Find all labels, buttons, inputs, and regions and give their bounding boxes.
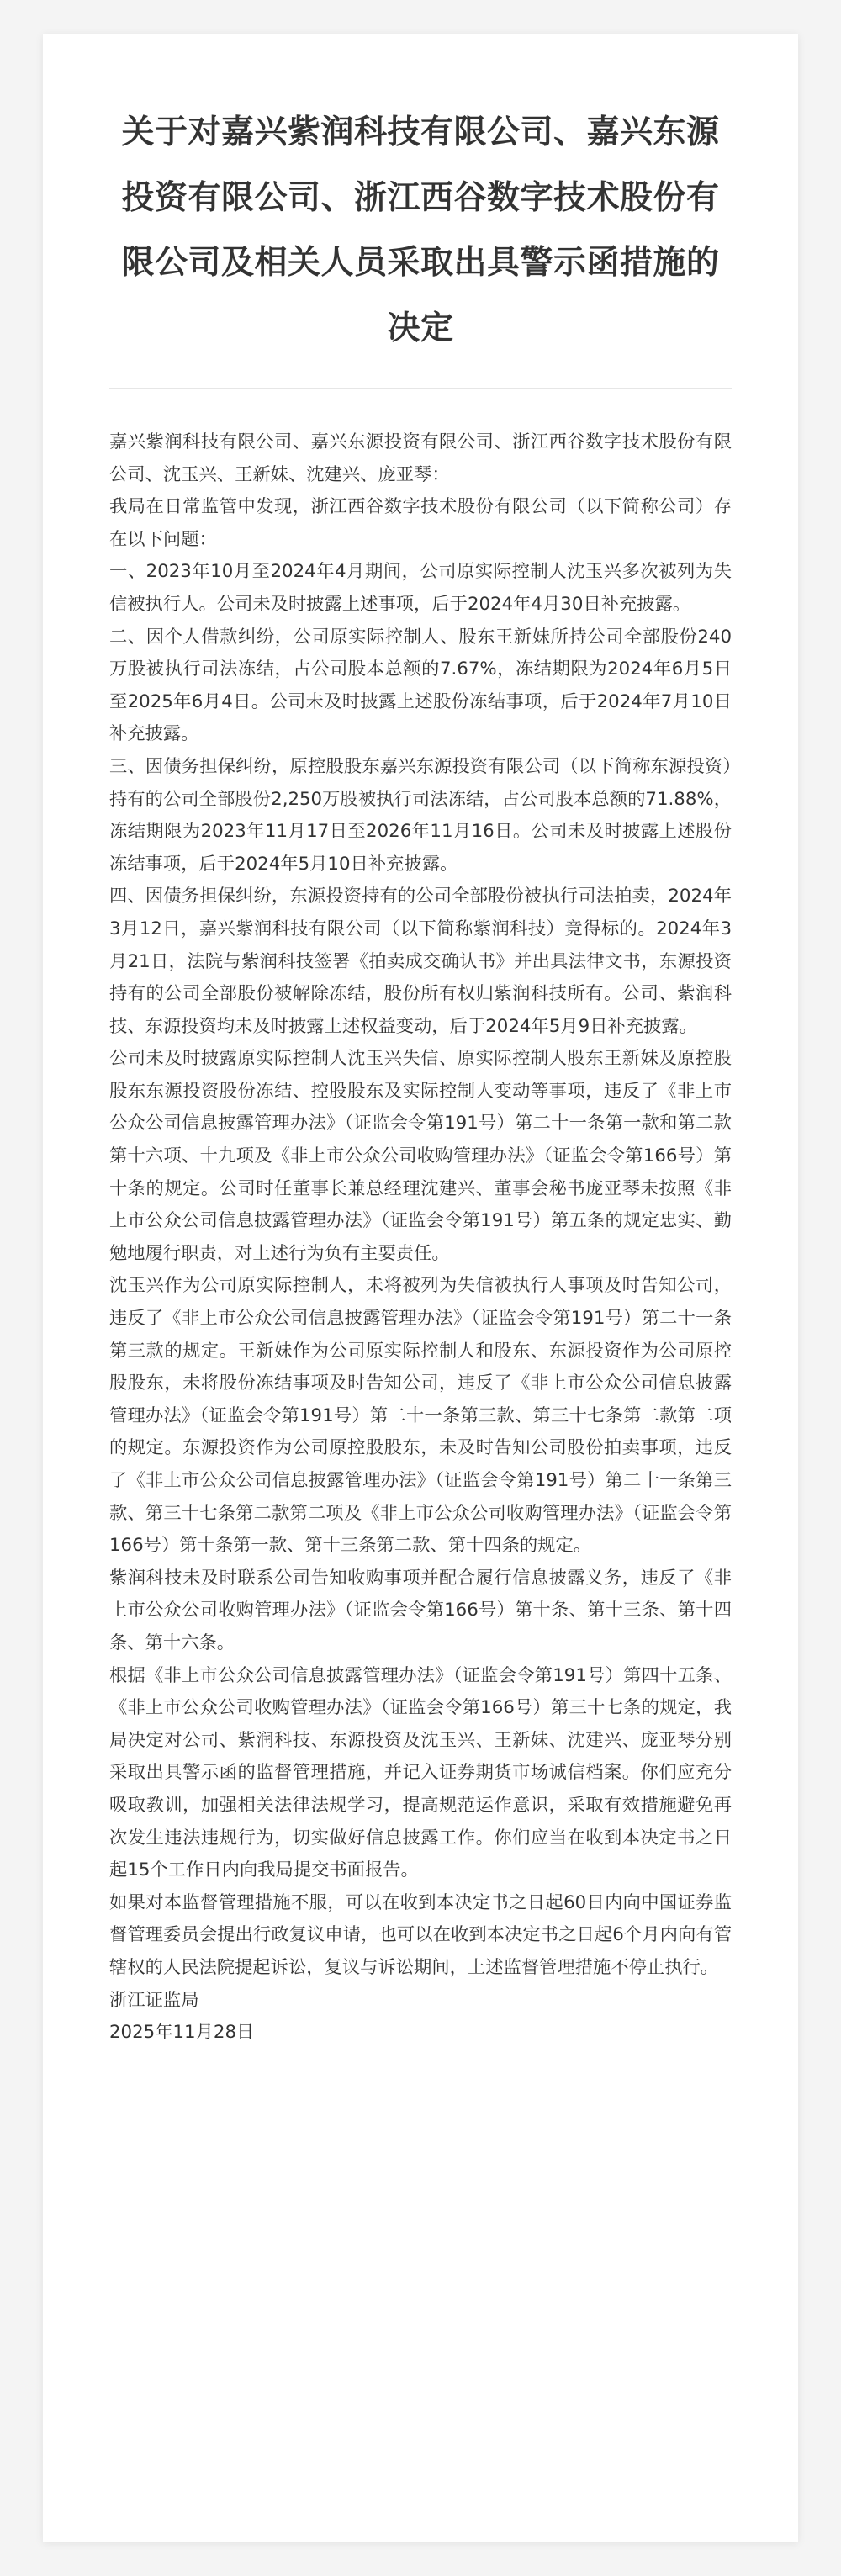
paragraph-issue-4: 四、因债务担保纠纷，东源投资持有的公司全部股份被执行司法拍卖，2024年3月12… — [109, 881, 732, 1043]
paragraph-issue-2: 二、因个人借款纠纷，公司原实际控制人、股东王新妹所持公司全部股份240万股被执行… — [109, 622, 732, 751]
paragraph-company-violation: 公司未及时披露原实际控制人沈玉兴失信、原实际控制人股东王新妹及原控股股东东源投资… — [109, 1043, 732, 1270]
document-body: 嘉兴紫润科技有限公司、嘉兴东源投资有限公司、浙江西谷数字技术股份有限公司、沈玉兴… — [109, 426, 732, 2050]
paragraph-acquirer-violation: 紫润科技未及时联系公司告知收购事项并配合履行信息披露义务，违反了《非上市公众公司… — [109, 1563, 732, 1660]
document-card: 关于对嘉兴紫润科技有限公司、嘉兴东源投资有限公司、浙江西谷数字技术股份有限公司及… — [43, 34, 798, 2542]
paragraph-shareholder-violation: 沈玉兴作为公司原实际控制人，未将被列为失信被执行人事项及时告知公司，违反了《非上… — [109, 1270, 732, 1562]
paragraph-intro: 我局在日常监管中发现，浙江西谷数字技术股份有限公司（以下简称公司）存在以下问题： — [109, 491, 732, 556]
title-divider — [109, 388, 732, 389]
document-title: 关于对嘉兴紫润科技有限公司、嘉兴东源投资有限公司、浙江西谷数字技术股份有限公司及… — [109, 34, 732, 361]
paragraph-issue-3: 三、因债务担保纠纷，原控股股东嘉兴东源投资有限公司（以下简称东源投资）持有的公司… — [109, 751, 732, 881]
issuer-signature: 浙江证监局 — [109, 1985, 732, 2018]
paragraph-decision: 根据《非上市公众公司信息披露管理办法》（证监会令第191号）第四十五条、《非上市… — [109, 1660, 732, 1887]
paragraph-appeal-rights: 如果对本监督管理措施不服，可以在收到本决定书之日起60日内向中国证券监督管理委员… — [109, 1887, 732, 1985]
issue-date: 2025年11月28日 — [109, 2017, 732, 2050]
paragraph-issue-1: 一、2023年10月至2024年4月期间，公司原实际控制人沈玉兴多次被列为失信被… — [109, 556, 732, 621]
addressee: 嘉兴紫润科技有限公司、嘉兴东源投资有限公司、浙江西谷数字技术股份有限公司、沈玉兴… — [109, 426, 732, 491]
